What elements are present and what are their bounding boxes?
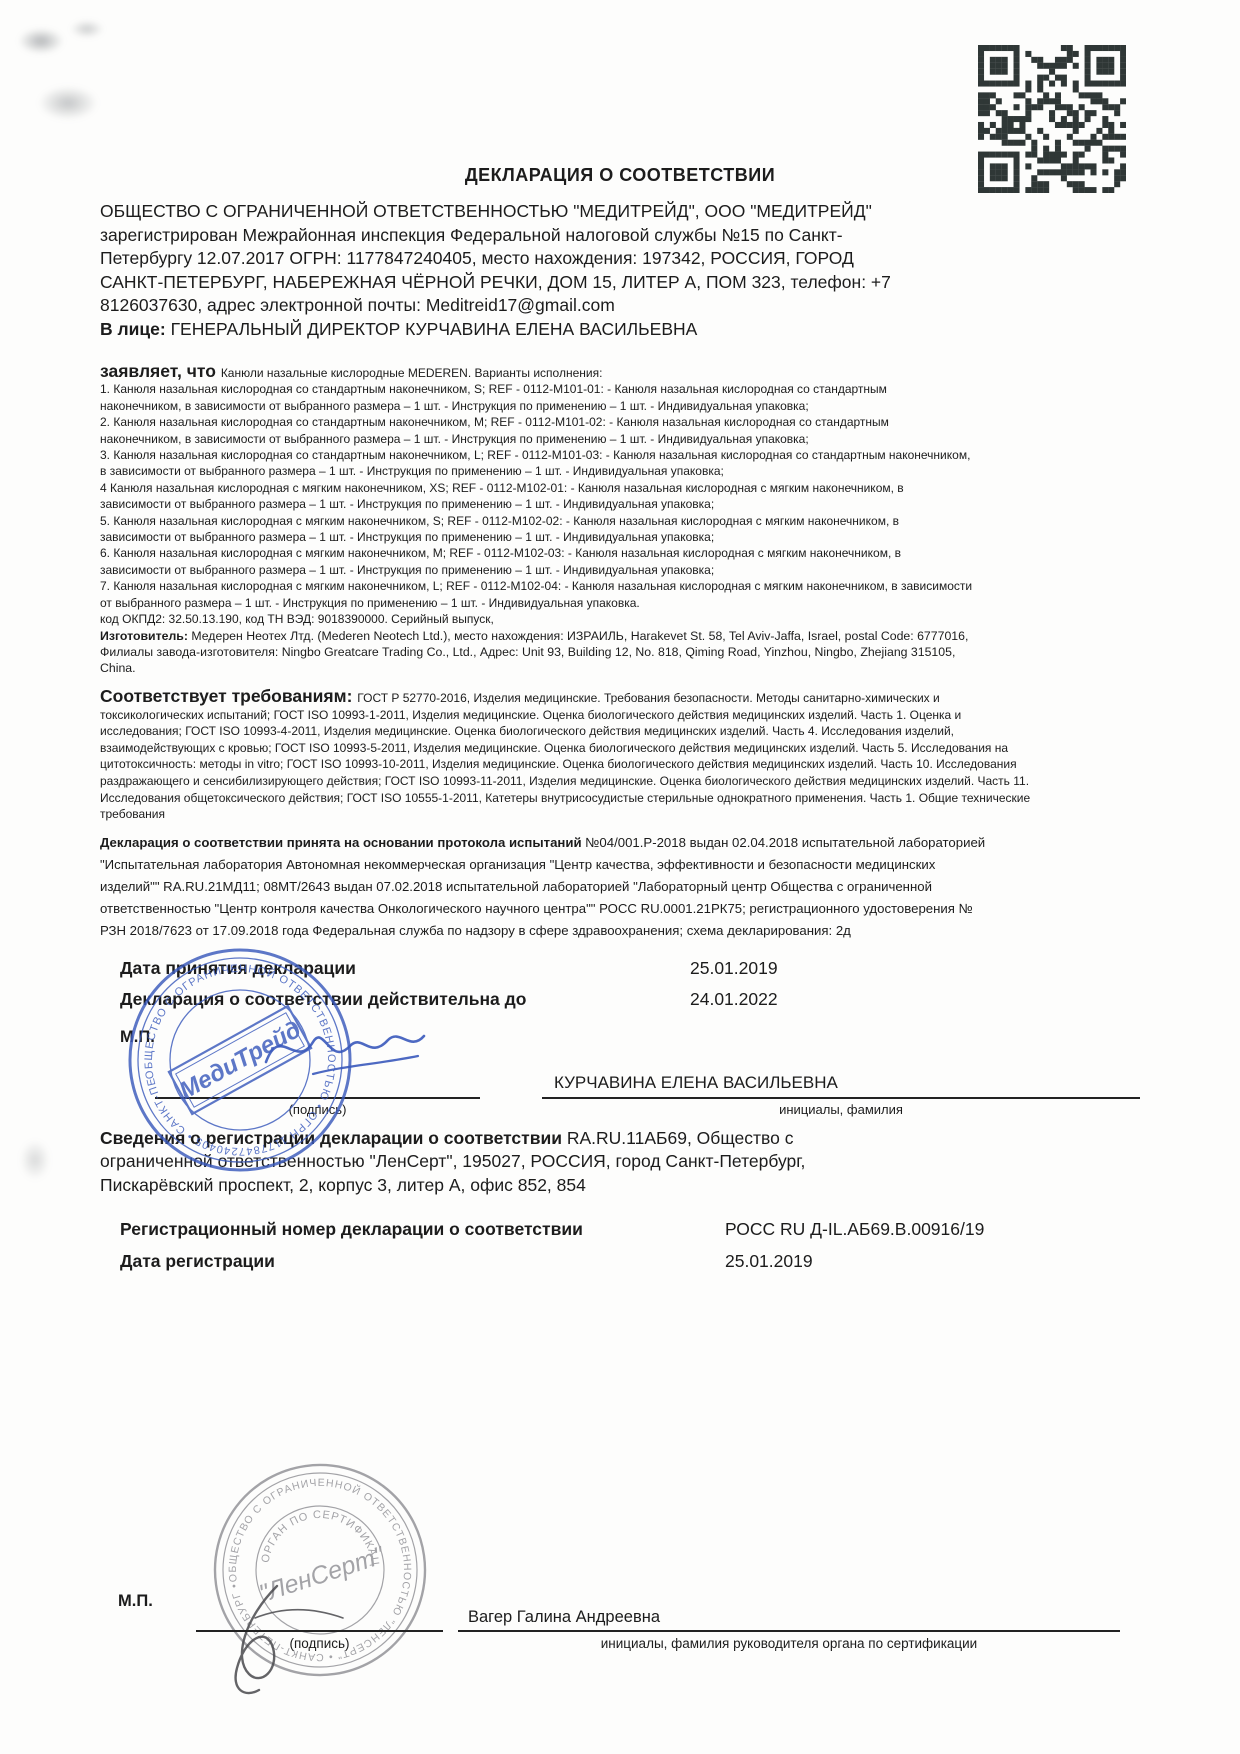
declarant-handwritten-signature — [258, 1012, 433, 1087]
manufacturer-text: Медерен Неотех Лтд. (Mederen Neotech Ltd… — [100, 629, 968, 675]
product-variant-item: 7. Канюля назальная кислородная с мягким… — [100, 578, 1140, 611]
certifier-name-line — [458, 1606, 1120, 1632]
manufacturer-paragraph: Изготовитель: Медерен Неотех Лтд. (Meder… — [100, 628, 1140, 677]
manufacturer-label: Изготовитель: — [100, 629, 188, 643]
product-variant-item: 2. Канюля назальная кислородная со станд… — [100, 414, 1140, 447]
declarant-name-line: КУРЧАВИНА ЕЛЕНА ВАСИЛЬЕВНА — [542, 1073, 1140, 1099]
scanned-declaration-page: { "colors": { "text": "#1c1c1c", "stamp_… — [0, 0, 1240, 1754]
registration-number-label: Регистрационный номер декларации о соотв… — [120, 1219, 725, 1240]
scan-smudge — [18, 28, 64, 54]
valid-until-value: 24.01.2022 — [690, 989, 1140, 1010]
adoption-date-value: 25.01.2019 — [690, 958, 1140, 979]
declares-intro-line: заявляет, что Канюли назальные кислородн… — [100, 363, 1140, 381]
compliance-label: Соответствует требованиям: — [100, 686, 357, 706]
declaration-subject: заявляет, что Канюли назальные кислородн… — [100, 363, 1140, 676]
compliance-text: ГОСТ Р 52770-2016, Изделия медицинские. … — [100, 691, 1030, 821]
product-variant-item: 1. Канюля назальная кислородная со станд… — [100, 381, 1140, 414]
scan-smudge — [38, 86, 98, 120]
product-variant-item: 3. Канюля назальная кислородная со станд… — [100, 447, 1140, 480]
registration-number-value: РОСС RU Д-IL.АБ69.В.00916/19 — [725, 1219, 1140, 1240]
represented-by-label: В лице: — [100, 319, 166, 339]
declares-intro: Канюли назальные кислородные MEDEREN. Ва… — [221, 366, 603, 380]
registration-number-row: Регистрационный номер декларации о соотв… — [100, 1219, 1140, 1240]
initials-caption: инициалы, фамилия — [542, 1102, 1140, 1117]
scan-smudge — [70, 20, 104, 38]
registration-date-value: 25.01.2019 — [725, 1251, 1140, 1272]
codes-line: код ОКПД2: 32.50.13.190, код ТН ВЭД: 901… — [100, 611, 1140, 627]
registration-date-row: Дата регистрации 25.01.2019 — [100, 1251, 1140, 1272]
declares-label: заявляет, что — [100, 361, 221, 381]
basis-label: Декларация о соответствии принята на осн… — [100, 835, 582, 850]
declarant-name: КУРЧАВИНА ЕЛЕНА ВАСИЛЬЕВНА — [554, 1073, 838, 1092]
represented-by-value: ГЕНЕРАЛЬНЫЙ ДИРЕКТОР КУРЧАВИНА ЕЛЕНА ВАС… — [166, 319, 698, 339]
document-title: ДЕКЛАРАЦИЯ О СООТВЕТСТВИИ — [100, 0, 1140, 186]
basis-paragraph: Декларация о соответствии принята на осн… — [100, 832, 1140, 942]
represented-by-line: В лице: ГЕНЕРАЛЬНЫЙ ДИРЕКТОР КУРЧАВИНА Е… — [100, 318, 1140, 342]
product-variant-item: 4 Канюля назальная кислородная с мягким … — [100, 480, 1140, 513]
initials-caption: инициалы, фамилия руководителя органа по… — [458, 1636, 1120, 1651]
compliance-paragraph: Соответствует требованиям: ГОСТ Р 52770-… — [100, 688, 1140, 823]
declarant-company-paragraph: ОБЩЕСТВО С ОГРАНИЧЕННОЙ ОТВЕТСТВЕННОСТЬЮ… — [100, 200, 1140, 318]
scan-smudge — [20, 1140, 50, 1180]
basis-text: №04/001.Р-2018 выдан 02.04.2018 испытате… — [100, 835, 985, 938]
registration-date-label: Дата регистрации — [120, 1251, 725, 1272]
certifier-signature-line — [196, 1606, 443, 1632]
product-variant-item: 5. Канюля назальная кислородная с мягким… — [100, 513, 1140, 546]
product-variant-item: 6. Канюля назальная кислородная с мягким… — [100, 545, 1140, 578]
stamp-place-mark-bottom: М.П. — [118, 1592, 153, 1611]
sign-caption: (подпись) — [196, 1636, 443, 1651]
